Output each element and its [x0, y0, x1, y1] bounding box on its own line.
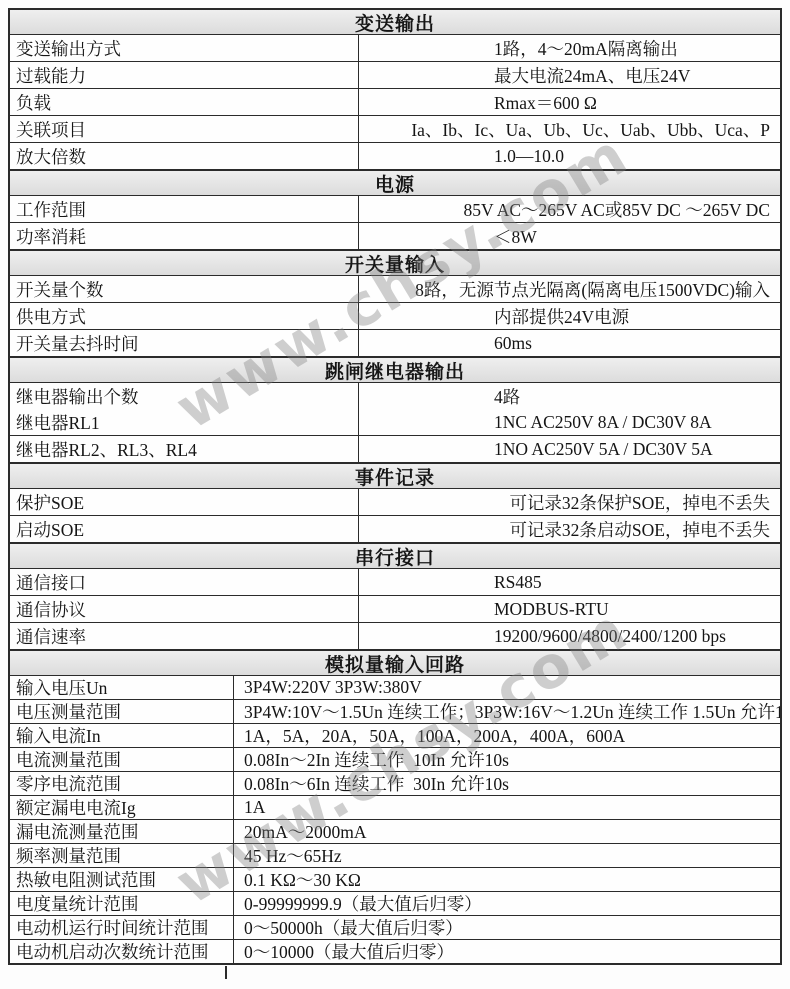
row-value: 1.0—10.0 [359, 143, 780, 169]
row-label: 电压测量范围 [10, 700, 234, 723]
table-row: 保护SOE 可记录32条保护SOE，掉电不丢失 [10, 489, 780, 516]
table-row: 电动机运行时间统计范围 0～50000h（最大值后归零） [10, 916, 780, 940]
row-label: 额定漏电电流Ig [10, 796, 234, 819]
row-value: ＜8W [359, 223, 780, 249]
section-header: 开关量输入 [10, 250, 780, 276]
row-value: 1路，4～20mA隔离输出 [359, 35, 780, 61]
table-row: 零序电流范围 0.08In～6In 连续工作 30In 允许10s [10, 772, 780, 796]
row-label: 开关量个数 [10, 276, 359, 302]
row-value: 0.1 KΩ～30 KΩ [234, 868, 780, 891]
row-value: 60ms [359, 330, 780, 356]
section-analog-input-circuit: 模拟量输入回路 输入电压Un 3P4W:220V 3P3W:380V 电压测量范… [10, 650, 780, 963]
row-value: 0.08In～2In 连续工作 10In 允许10s [234, 748, 780, 771]
row-label: 继电器RL2、RL3、RL4 [10, 436, 359, 462]
table-row: 电动机启动次数统计范围 0～10000（最大值后归零） [10, 940, 780, 963]
table-row: 输入电压Un 3P4W:220V 3P3W:380V [10, 676, 780, 700]
row-value: 20mA～2000mA [234, 820, 780, 843]
row-value: 3P4W:220V 3P3W:380V [234, 676, 780, 699]
table-row: 放大倍数 1.0—10.0 [10, 143, 780, 170]
section-trip-relay-output: 跳闸继电器输出 继电器输出个数 4路 继电器RL1 1NC AC250V 8A … [10, 357, 780, 463]
section-power-supply: 电源 工作范围 85V AC～265V AC或85V DC ～265V DC 功… [10, 170, 780, 250]
row-label: 零序电流范围 [10, 772, 234, 795]
table-row: 继电器输出个数 4路 [10, 383, 780, 409]
table-row: 电流测量范围 0.08In～2In 连续工作 10In 允许10s [10, 748, 780, 772]
table-row: 过载能力 最大电流24mA、电压24V [10, 62, 780, 89]
row-label: 开关量去抖时间 [10, 330, 359, 356]
section-serial-interface: 串行接口 通信接口 RS485 通信协议 MODBUS-RTU 通信速率 192… [10, 543, 780, 650]
row-label: 电流测量范围 [10, 748, 234, 771]
table-row: 输入电流In 1A，5A，20A，50A，100A，200A，400A，600A [10, 724, 780, 748]
row-label: 通信接口 [10, 569, 359, 595]
row-label: 供电方式 [10, 303, 359, 329]
section-header: 跳闸继电器输出 [10, 357, 780, 383]
row-value: 1A，5A，20A，50A，100A，200A，400A，600A [234, 724, 780, 747]
row-value: 1A [234, 796, 780, 819]
row-value: 0～10000（最大值后归零） [234, 940, 780, 963]
row-label: 通信协议 [10, 596, 359, 622]
row-value: 8路，无源节点光隔离(隔离电压1500VDC)输入 [359, 276, 780, 302]
row-label: 关联项目 [10, 116, 359, 142]
table-row: 负载 Rmax＝600 Ω [10, 89, 780, 116]
row-value: 4路 [359, 383, 780, 409]
section-header: 变送输出 [10, 10, 780, 35]
section-header: 事件记录 [10, 463, 780, 489]
row-label: 继电器输出个数 [10, 383, 359, 409]
row-value: 85V AC～265V AC或85V DC ～265V DC [359, 196, 780, 222]
table-row: 供电方式 内部提供24V电源 [10, 303, 780, 330]
table-row: 电度量统计范围 0-99999999.9（最大值后归零） [10, 892, 780, 916]
section-header: 串行接口 [10, 543, 780, 569]
row-value: 0～50000h（最大值后归零） [234, 916, 780, 939]
row-label: 通信速率 [10, 623, 359, 649]
row-label: 启动SOE [10, 516, 359, 542]
row-value: 1NC AC250V 8A / DC30V 8A [359, 409, 780, 435]
table-row: 开关量去抖时间 60ms [10, 330, 780, 357]
row-label: 电度量统计范围 [10, 892, 234, 915]
spec-table: 变送输出 变送输出方式 1路，4～20mA隔离输出 过载能力 最大电流24mA、… [8, 8, 782, 965]
row-value: RS485 [359, 569, 780, 595]
table-row: 热敏电阻测试范围 0.1 KΩ～30 KΩ [10, 868, 780, 892]
table-row: 继电器RL2、RL3、RL4 1NO AC250V 5A / DC30V 5A [10, 436, 780, 463]
row-label: 变送输出方式 [10, 35, 359, 61]
table-row: 漏电流测量范围 20mA～2000mA [10, 820, 780, 844]
table-row: 继电器RL1 1NC AC250V 8A / DC30V 8A [10, 409, 780, 436]
row-label: 输入电压Un [10, 676, 234, 699]
table-row: 工作范围 85V AC～265V AC或85V DC ～265V DC [10, 196, 780, 223]
section-header: 电源 [10, 170, 780, 196]
table-row: 启动SOE 可记录32条启动SOE，掉电不丢失 [10, 516, 780, 543]
row-value: 3P4W:10V～1.5Un 连续工作；3P3W:16V～1.2Un 连续工作 … [234, 700, 780, 723]
row-label: 继电器RL1 [10, 409, 359, 435]
row-value: 0.08In～6In 连续工作 30In 允许10s [234, 772, 780, 795]
table-row: 功率消耗 ＜8W [10, 223, 780, 250]
row-value: 内部提供24V电源 [359, 303, 780, 329]
row-label: 功率消耗 [10, 223, 359, 249]
row-value: 19200/9600/4800/2400/1200 bps [359, 623, 780, 649]
row-value: 可记录32条保护SOE，掉电不丢失 [359, 489, 780, 515]
table-row: 通信速率 19200/9600/4800/2400/1200 bps [10, 623, 780, 650]
row-value: 可记录32条启动SOE，掉电不丢失 [359, 516, 780, 542]
row-value: MODBUS-RTU [359, 596, 780, 622]
row-label: 漏电流测量范围 [10, 820, 234, 843]
table-row: 关联项目 Ia、Ib、Ic、Ua、Ub、Uc、Uab、Ubb、Uca、P [10, 116, 780, 143]
row-value: 45 Hz～65Hz [234, 844, 780, 867]
table-row: 额定漏电电流Ig 1A [10, 796, 780, 820]
table-row: 开关量个数 8路，无源节点光隔离(隔离电压1500VDC)输入 [10, 276, 780, 303]
row-label: 输入电流In [10, 724, 234, 747]
row-label: 过载能力 [10, 62, 359, 88]
table-row: 变送输出方式 1路，4～20mA隔离输出 [10, 35, 780, 62]
table-row: 频率测量范围 45 Hz～65Hz [10, 844, 780, 868]
row-value: 0-99999999.9（最大值后归零） [234, 892, 780, 915]
row-value: 1NO AC250V 5A / DC30V 5A [359, 436, 780, 462]
table-row: 通信接口 RS485 [10, 569, 780, 596]
row-label: 电动机运行时间统计范围 [10, 916, 234, 939]
row-label: 工作范围 [10, 196, 359, 222]
section-transmitter-output: 变送输出 变送输出方式 1路，4～20mA隔离输出 过载能力 最大电流24mA、… [10, 10, 780, 170]
section-event-record: 事件记录 保护SOE 可记录32条保护SOE，掉电不丢失 启动SOE 可记录32… [10, 463, 780, 543]
row-label: 保护SOE [10, 489, 359, 515]
row-value: Rmax＝600 Ω [359, 89, 780, 115]
table-row: 通信协议 MODBUS-RTU [10, 596, 780, 623]
table-row: 电压测量范围 3P4W:10V～1.5Un 连续工作；3P3W:16V～1.2U… [10, 700, 780, 724]
section-digital-input: 开关量输入 开关量个数 8路，无源节点光隔离(隔离电压1500VDC)输入 供电… [10, 250, 780, 357]
row-label: 频率测量范围 [10, 844, 234, 867]
row-label: 负载 [10, 89, 359, 115]
divider-tail-artifact [225, 966, 227, 979]
row-value: 最大电流24mA、电压24V [359, 62, 780, 88]
row-value: Ia、Ib、Ic、Ua、Ub、Uc、Uab、Ubb、Uca、P [359, 116, 780, 142]
row-label: 热敏电阻测试范围 [10, 868, 234, 891]
section-header: 模拟量输入回路 [10, 650, 780, 676]
row-label: 电动机启动次数统计范围 [10, 940, 234, 963]
row-label: 放大倍数 [10, 143, 359, 169]
